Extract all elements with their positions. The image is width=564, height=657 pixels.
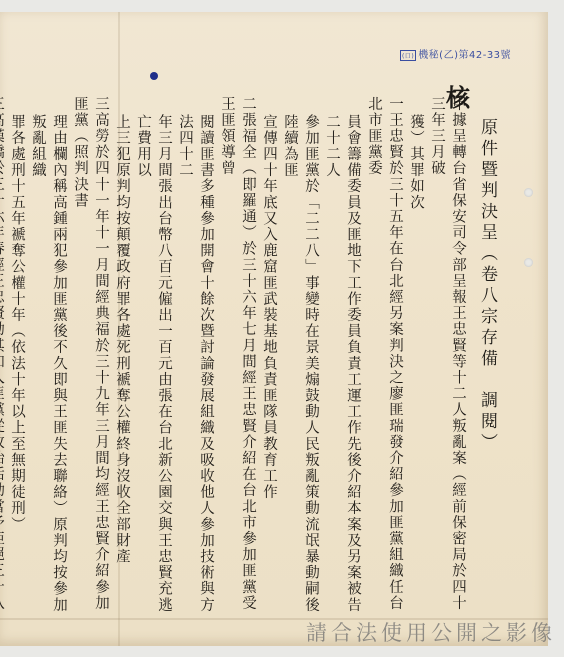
- text-column: 罪各處刑十五年褫奪公權十年（依法十年以上至無期徒刑）: [6, 96, 27, 616]
- text-column: 宣傳四十年底又入鹿窟匪武裝基地負責匪隊員教育工作: [258, 96, 279, 616]
- text-column: 上三犯原判均按顛覆政府罪各處死刑褫奪公權終身沒收全部財產: [111, 96, 132, 616]
- document-body: 甲據呈轉台省保安司令部呈報王忠賢等十二人叛亂案（經前保密局於四十三年三月破 獲）…: [0, 96, 468, 616]
- text-column: 理由欄內稱高鍾兩犯參加匪黨後不久即與王匪失去聯絡）原判均按參加叛亂組織: [27, 96, 69, 616]
- punch-hole-icon: [524, 258, 533, 267]
- text-column: 三高勞於四十一年十一月間經典福於三十九年三月間均經王忠賢介紹參加匪黨（照判決書: [69, 96, 111, 616]
- text-column: 年三月間張出台幣八百元僱出一百元由張在台北新公園交與王忠賢充逃亡費用以: [132, 96, 174, 616]
- stamp-box-label: (口): [400, 50, 416, 61]
- usage-watermark: 請合法使用公開之影像: [306, 617, 556, 647]
- text-column: 參加匪黨於「二二八」事變時在景美煽鼓動人民叛亂策動流氓暴動嗣後陸續為匪: [279, 96, 321, 616]
- text-column: 三高漢橋於三十六年春經王忠賢勸其加入匪黨從政治活動當予拒絕三十八年冬另: [0, 96, 6, 616]
- text-column: 二張福全（即羅通）於三十六年七月間經王忠賢介紹在台北市參加匪黨受王匪領導曾: [216, 96, 258, 616]
- document-title: 原件暨判決呈（卷八宗存備 調閱）: [478, 118, 495, 458]
- text-column: 員會籌備委員及匪地下工作委員負責工運工作先後介紹本案及另案被告二十二人: [321, 96, 363, 616]
- text-column: 甲據呈轉台省保安司令部呈報王忠賢等十二人叛亂案（經前保密局於四十三年三月破: [426, 96, 468, 616]
- text-column: 閱讀匪書多種參加開會十餘次暨討論發展組織及吸收他人參加技術與方法四十二: [174, 96, 216, 616]
- text-column: 獲）其罪如次: [405, 96, 426, 616]
- text-column: 一王忠賢於三十五年在台北經另案判決之廖匪瑞發介紹參加匪黨組織任台北市匪黨委: [363, 96, 405, 616]
- archive-stamp: (口)機秘(乙)第42-33號: [400, 46, 511, 61]
- ink-blot: [150, 72, 158, 80]
- stamp-text: 機秘(乙)第42-33號: [418, 50, 511, 61]
- punch-hole-icon: [524, 188, 533, 197]
